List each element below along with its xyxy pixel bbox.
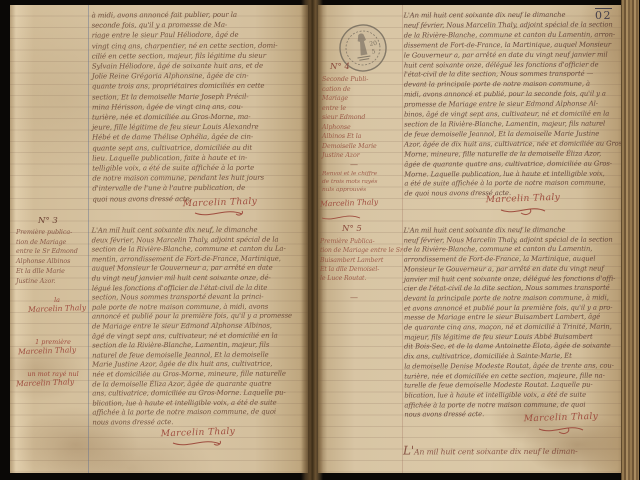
manuscript-line: entre le Sr Edmond xyxy=(16,247,90,257)
marriage-banns-entry: L'An mil huit cent soixante dix neuf le … xyxy=(404,11,626,200)
binding-gutter-fold xyxy=(301,0,323,480)
margin-note: la Marcelin Thaly xyxy=(28,296,86,313)
manuscript-line: la demoiselle Denise Modeste Routat, âgé… xyxy=(404,361,626,372)
page-edge-stack xyxy=(621,0,639,480)
next-entry-opening-line: L'An mil huit cent soixante dix neuf le … xyxy=(403,445,627,458)
margin-summary: Seconde Publi-cation deMariageentre lesi… xyxy=(322,75,402,161)
officiant-signature: Marcelin Thaly xyxy=(496,413,626,435)
stamp-digit: 20 xyxy=(369,40,378,48)
manuscript-line: cation de xyxy=(322,85,402,95)
margin-note: 1 première Marcelin Thaly xyxy=(18,338,88,355)
marriage-banns-entry: L'An mil huit cent soixante dix neuf, le… xyxy=(92,226,308,428)
manuscript-line: Et la dlle Demoisel- xyxy=(320,265,402,274)
manuscript-line: Monsieur le Gouverneur a, par arrêté en … xyxy=(404,264,626,275)
signature-flourish-icon xyxy=(320,212,364,222)
manuscript-line: Et la dlle Marie xyxy=(16,267,90,277)
manuscript-line: L'An mil huit cent soixante dix neuf le … xyxy=(403,445,627,458)
page-number: 02 xyxy=(595,9,612,22)
margin-dash: — xyxy=(350,293,358,302)
manuscript-line: Renvoi et le chiffre xyxy=(322,170,402,178)
marriage-banns-entry: L'An mil huit cent soixante dix neuf le … xyxy=(404,226,627,421)
signature-name: Marcelin Thaly xyxy=(16,377,90,389)
margin-summary: Première Publica-tion de Mariage entre l… xyxy=(320,237,402,283)
marriage-banns-entry-continuation: à midi, avons annoncé fait publier, pour… xyxy=(92,10,308,205)
officiant-signature: Marcelin Thaly xyxy=(138,428,258,448)
right-page: 20 5 N° 4 Seconde Publi-cation deMariage… xyxy=(318,5,627,473)
manuscript-line: devant la principale porte de notre mais… xyxy=(404,293,626,304)
manuscript-line: Première Publica- xyxy=(320,237,402,246)
manuscript-line: Azor, âgée de dix huit ans, cultivatrice… xyxy=(404,139,625,150)
manuscript-line: Alphonse xyxy=(322,123,402,133)
manuscript-line: Demoiselle Marie xyxy=(322,142,402,152)
manuscript-line: mentin, arrondissement de Fort-de-France… xyxy=(92,254,308,265)
manuscript-line: vingt cinq ans, charpentier, né en cette… xyxy=(92,40,308,51)
manuscript-line: tion de Mariage entre le Sr xyxy=(320,246,402,255)
manuscript-line: ans, cultivatrice, domiciliée au Gros-Mo… xyxy=(92,389,308,400)
manuscript-line: turière, née et domiciliée en cette sect… xyxy=(404,371,626,382)
manuscript-line: dissement de Fort-de-France, la Martiniq… xyxy=(404,40,625,51)
margin-note: Marcelin Thaly xyxy=(320,198,400,226)
manuscript-line: Seconde Publi- xyxy=(322,75,402,85)
manuscript-line: née et domiciliée au Gros-Morne, mineure… xyxy=(92,369,308,380)
margin-summary: Première publica-tion de Mariageentre le… xyxy=(16,228,90,286)
manuscript-line: âgé de vingt sept ans, cultivateur, né e… xyxy=(92,331,308,342)
manuscript-line: Buisambert Lambert xyxy=(320,256,402,265)
act-number: N° 3 xyxy=(38,216,58,226)
manuscript-line: dit Bois-Sec, et de la dame Antoinette É… xyxy=(404,342,626,353)
manuscript-line: l'état-civil de la dite section, Nous so… xyxy=(404,70,625,81)
manuscript-line: de trois mots rayés xyxy=(322,178,402,186)
manuscript-line: Justine Azor xyxy=(322,151,402,161)
manuscript-line: affichée à la porte de notre maison comm… xyxy=(92,408,308,419)
manuscript-line: Mariage xyxy=(322,94,402,104)
register-scan: à midi, avons annoncé fait publier, pour… xyxy=(0,0,640,480)
manuscript-line: nuls approuvés xyxy=(322,186,402,194)
manuscript-line: tion de Mariage xyxy=(16,238,90,248)
manuscript-line: annoncé et publié pour la première fois,… xyxy=(92,312,308,323)
signature-name: Marcelin Thaly xyxy=(320,197,400,209)
manuscript-line: Albinos Et la xyxy=(322,132,402,142)
signature-name: Marcelin Thaly xyxy=(18,345,88,356)
manuscript-line: neuf février, Nous Marcelin Thaly, adjoi… xyxy=(404,235,626,246)
officiant-signature: Marcelin Thaly xyxy=(458,194,588,216)
act-number: N° 5 xyxy=(342,224,362,234)
signature-name: Marcelin Thaly xyxy=(160,196,280,210)
officiant-signature: Marcelin Thaly xyxy=(160,198,280,218)
signature-name: Marcelin Thaly xyxy=(138,426,258,440)
manuscript-line: sieur Edmond xyxy=(322,113,402,123)
manuscript-line: Justine Azor. xyxy=(16,277,90,287)
manuscript-line: de quarante cinq ans, maçon, né et domic… xyxy=(404,323,626,334)
manuscript-line: Première publica- xyxy=(16,228,90,238)
manuscript-line: le Gouverneur a, par arrêté en date du v… xyxy=(404,50,625,61)
manuscript-line: de feue demoiselle Jeannol, Et la demois… xyxy=(404,129,625,140)
manuscript-line: Morne, mineure, fille naturelle de la de… xyxy=(404,149,625,160)
manuscript-line: nous avons dressé acte. xyxy=(92,417,308,428)
margin-dash: — xyxy=(350,160,358,169)
margin-note: un mot rayé nul Marcelin Thaly xyxy=(16,370,90,387)
manuscript-line: a été de suite affichée à la porte de no… xyxy=(404,179,625,190)
signature-name: Marcelin Thaly xyxy=(28,303,86,314)
manuscript-line: Alphonse Albinos xyxy=(16,257,90,267)
manuscript-line: entre le xyxy=(322,104,402,114)
manuscript-line: le Luce Routat. xyxy=(320,274,402,283)
manuscript-line: âgée de quarante quatre ans, cultivatric… xyxy=(404,159,625,170)
left-page: à midi, avons annoncé fait publier, pour… xyxy=(10,5,308,473)
margin-approval-note: Renvoi et le chiffrede trois mots rayésn… xyxy=(322,170,402,194)
act-number: N° 4 xyxy=(330,62,350,72)
manuscript-line: de la Rivière-Blanche, commune et canton… xyxy=(404,30,625,41)
